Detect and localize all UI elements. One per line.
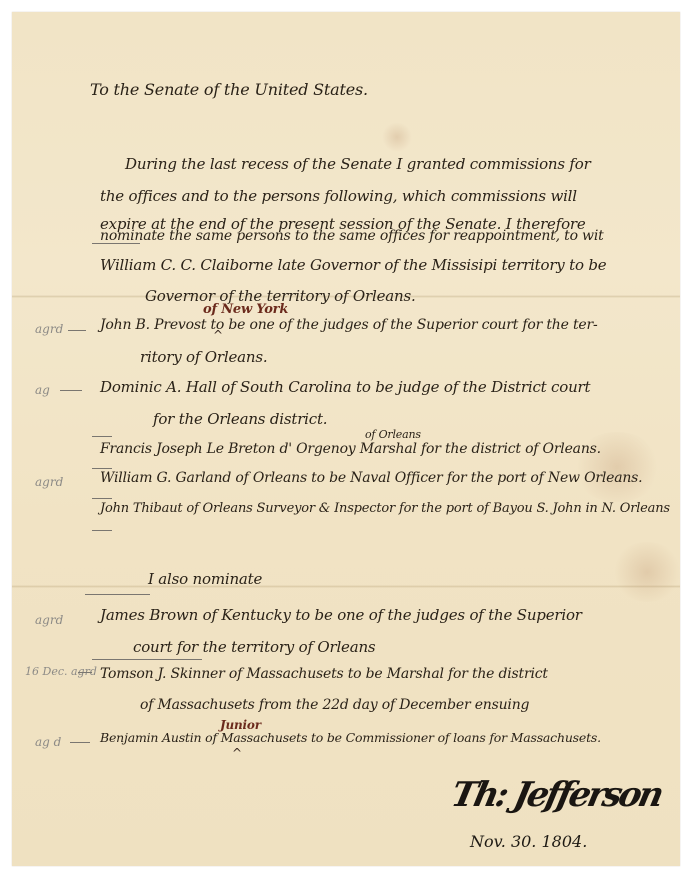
body-line: nominate the same persons to the same of…: [100, 228, 604, 244]
underline-mark: [92, 468, 112, 469]
insertion-text: of New York: [203, 302, 288, 317]
body-line: During the last recess of the Senate I g…: [125, 155, 591, 173]
margin-note: agrd: [35, 322, 63, 336]
nomination-line: James Brown of Kentucky to be one of the…: [100, 606, 582, 624]
margin-dash: [68, 330, 86, 331]
underline-mark: [92, 659, 202, 660]
nomination-continuation: for the Orleans district.: [153, 410, 327, 428]
nomination-line: Francis Joseph Le Breton d' Orgenoy Mars…: [100, 441, 601, 457]
margin-note: agrd: [35, 475, 63, 489]
underline-mark: [92, 530, 112, 531]
paper-stain: [612, 542, 682, 602]
date: Nov. 30. 1804.: [470, 832, 587, 851]
nomination-line: John Thibaut of Orleans Surveyor & Inspe…: [100, 501, 670, 516]
insertion-caret: ^: [232, 746, 242, 760]
signature: Th: Jefferson: [448, 775, 665, 815]
body-line: the offices and to the persons following…: [100, 187, 577, 205]
salutation: To the Senate of the United States.: [90, 80, 368, 99]
underline-mark: [92, 498, 112, 499]
nomination-line: John B. Prevost to be one of the judges …: [100, 317, 598, 333]
body-line: William C. C. Claiborne late Governor of…: [100, 256, 606, 274]
underline-mark: [85, 594, 150, 595]
fold-crease: [12, 585, 680, 588]
nomination-line: William G. Garland of Orleans to be Nava…: [100, 470, 642, 486]
margin-note: ag: [35, 383, 50, 397]
nomination-line: Tomson J. Skinner of Massachusets to be …: [100, 666, 548, 682]
margin-dash: [78, 672, 92, 673]
margin-dash: [70, 742, 90, 743]
nomination-continuation: ritory of Orleans.: [140, 348, 267, 366]
nomination-line: Benjamin Austin of Massachusets to be Co…: [100, 730, 601, 745]
nomination-continuation: court for the territory of Orleans: [133, 638, 375, 656]
also-nominate-heading: I also nominate: [148, 570, 262, 588]
insertion-caret: ^: [213, 328, 223, 342]
insertion-text: of Orleans: [365, 428, 421, 441]
margin-note: ag d: [35, 735, 61, 749]
underline-mark: [92, 436, 112, 437]
margin-dash: [60, 390, 82, 391]
nomination-line: Dominic A. Hall of South Carolina to be …: [100, 378, 590, 396]
nomination-continuation: of Massachusets from the 22d day of Dece…: [140, 697, 529, 713]
paper-stain: [382, 122, 412, 152]
margin-note: agrd: [35, 613, 63, 627]
